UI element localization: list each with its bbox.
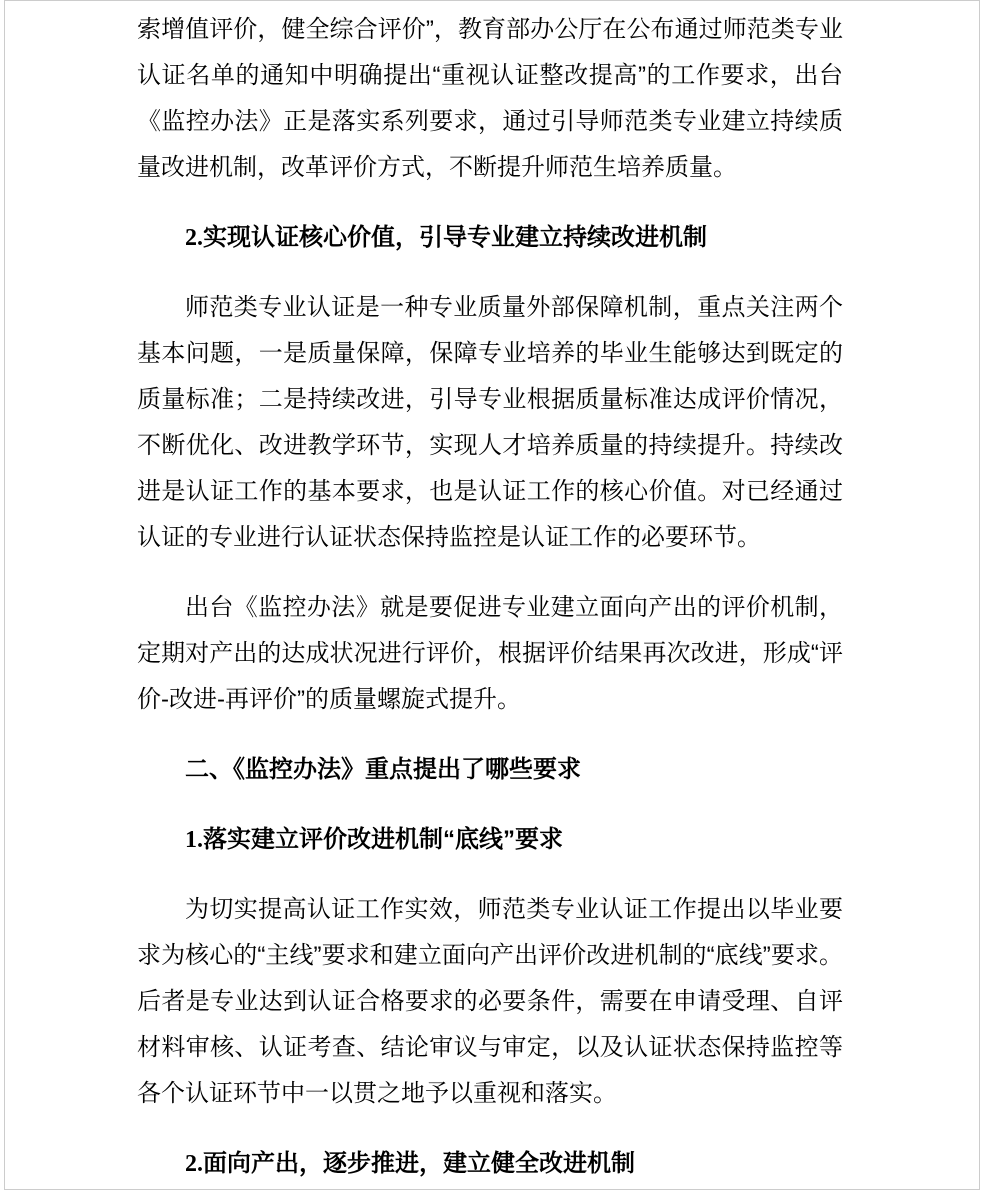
heading-realize-core-value: 2.实现认证核心价值，引导专业建立持续改进机制 <box>137 215 843 261</box>
heading-text: 落实建立评价改进机制“底线”要求 <box>203 826 563 853</box>
paragraph-certification-mechanism: 师范类专业认证是一种专业质量外部保障机制，重点关注两个基本问题，一是质量保障，保… <box>137 285 843 561</box>
paragraph-monitoring-measures-purpose: 出台《监控办法》就是要促进专业建立面向产出的评价机制，定期对产出的达成状况进行评… <box>137 585 843 723</box>
heading-baseline-requirement: 1.落实建立评价改进机制“底线”要求 <box>137 817 843 863</box>
document-page: 索增值评价，健全综合评价”，教育部办公厅在公布通过师范类专业认证名单的通知中明确… <box>4 0 980 1190</box>
paragraph-baseline-detail: 为切实提高认证工作实效，师范类专业认证工作提出以毕业要求为核心的“主线”要求和建… <box>137 887 843 1117</box>
heading-section-two-requirements: 二、《监控办法》重点提出了哪些要求 <box>137 747 843 793</box>
heading-text: 二、《监控办法》重点提出了哪些要求 <box>185 756 581 783</box>
heading-number: 2. <box>185 225 203 251</box>
document-content: 索增值评价，健全综合评价”，教育部办公厅在公布通过师范类专业认证名单的通知中明确… <box>137 1 843 1187</box>
paragraph-intro-continuation: 索增值评价，健全综合评价”，教育部办公厅在公布通过师范类专业认证名单的通知中明确… <box>137 7 843 191</box>
heading-outcome-oriented: 2.面向产出，逐步推进，建立健全改进机制 <box>137 1141 843 1187</box>
heading-text: 实现认证核心价值，引导专业建立持续改进机制 <box>203 224 707 251</box>
heading-number: 2. <box>185 1151 203 1177</box>
heading-number: 1. <box>185 827 203 853</box>
heading-text: 面向产出，逐步推进，建立健全改进机制 <box>203 1150 635 1177</box>
